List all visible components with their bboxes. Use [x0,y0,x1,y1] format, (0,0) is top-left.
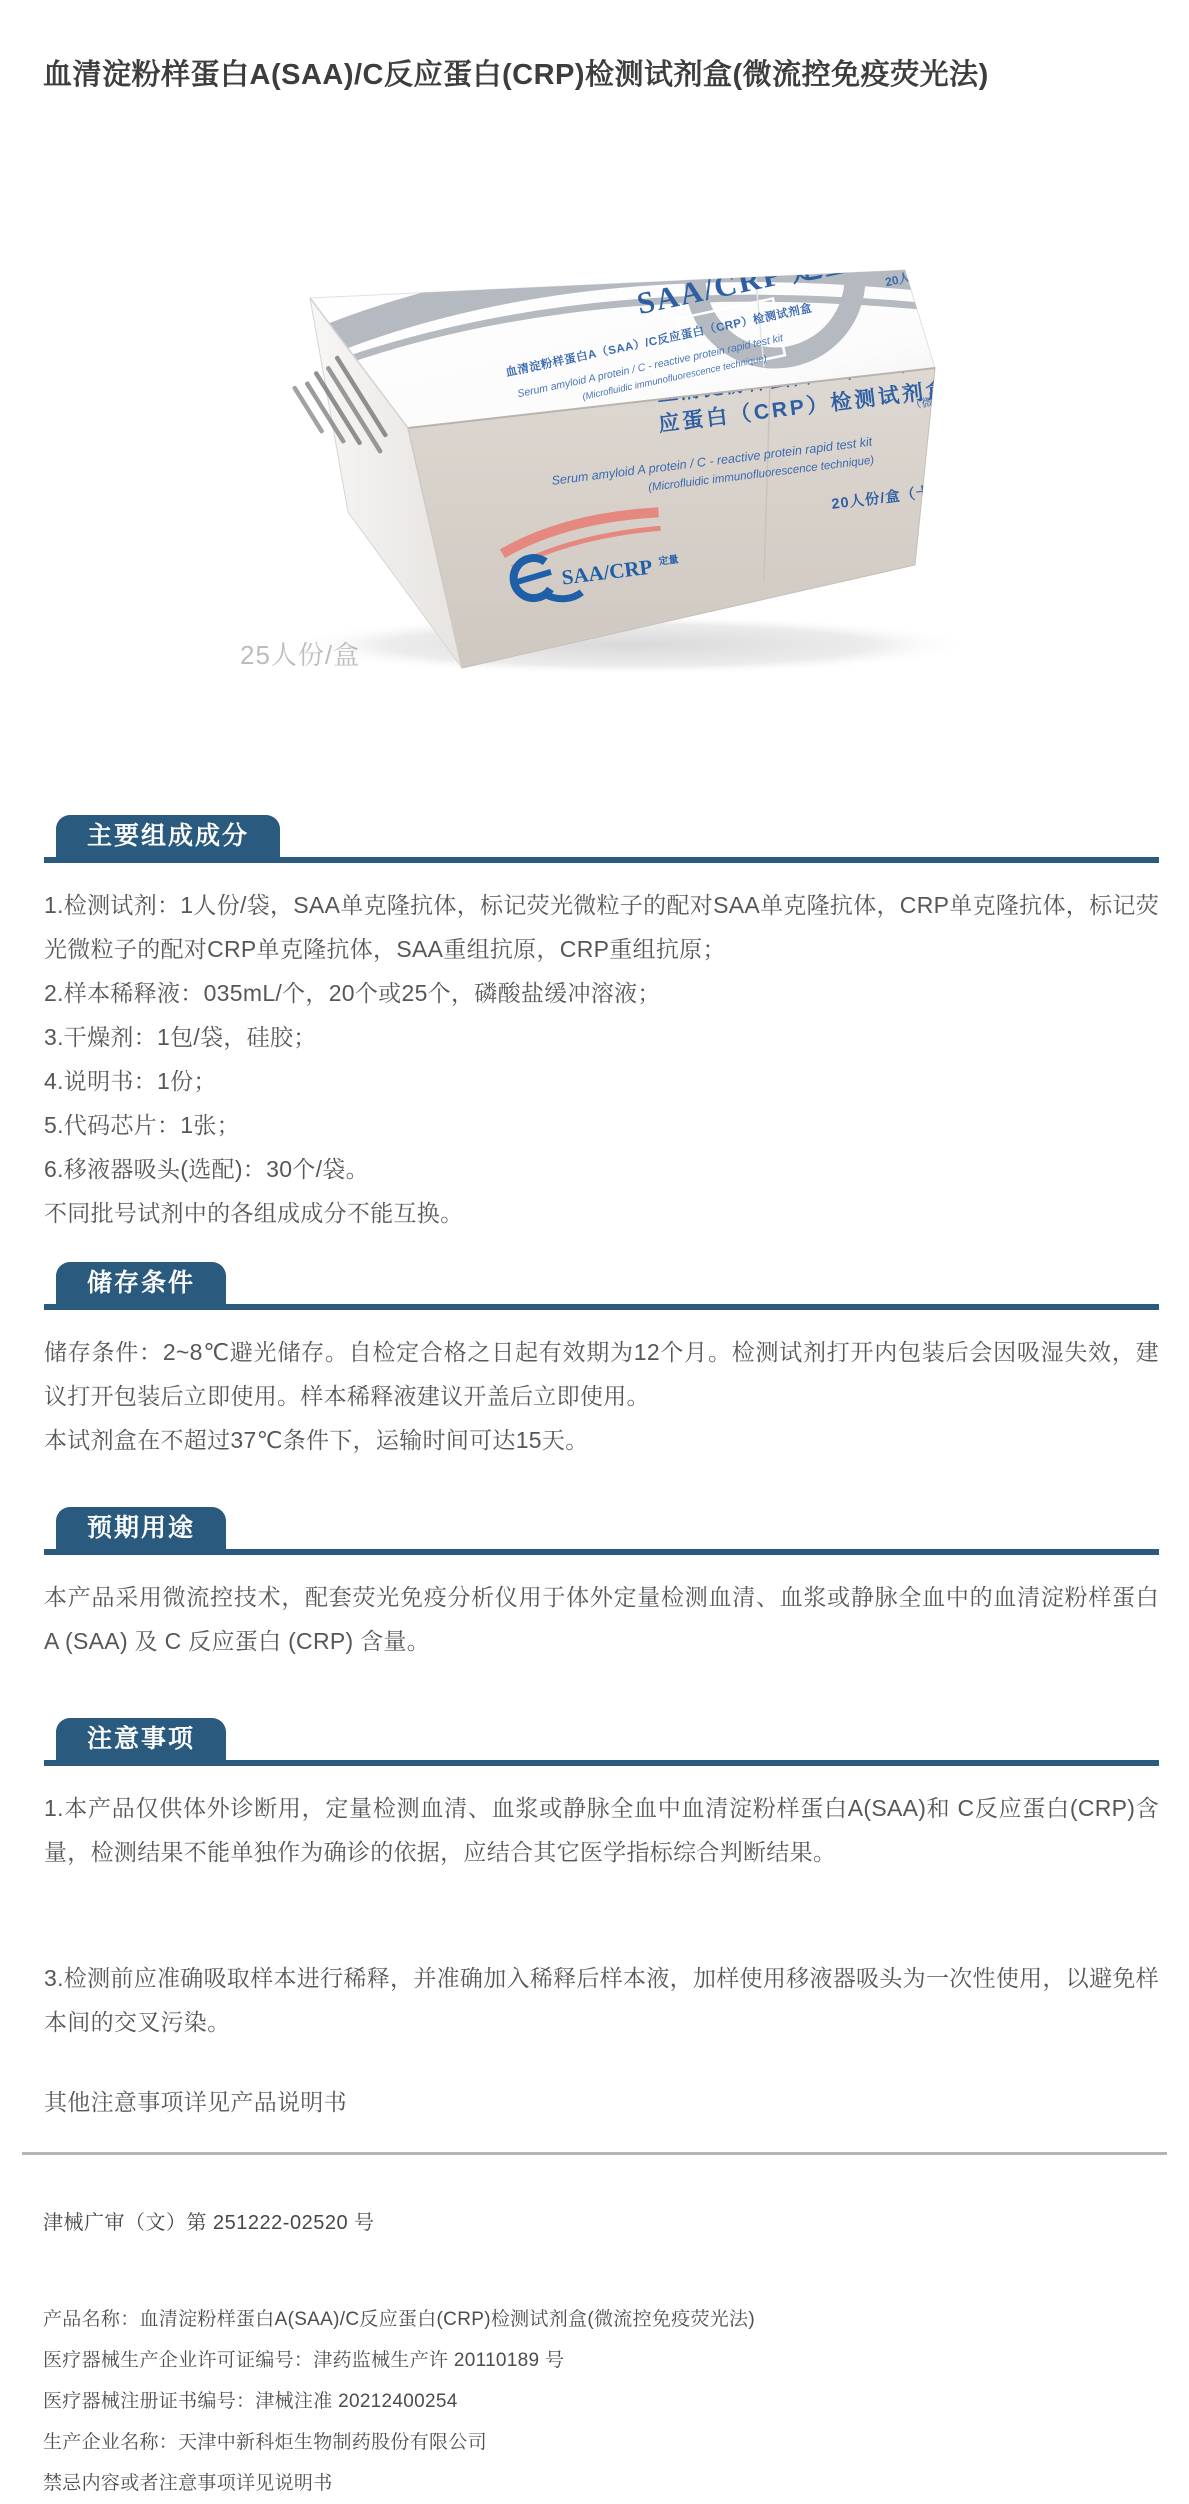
paragraph: 5.代码芯片：1张； [44,1103,1159,1147]
paragraph: 1.本产品仅供体外诊断用，定量检测血清、血浆或静脉全血中血清淀粉样蛋白A(SAA… [44,1786,1159,1874]
contraindication-line: 禁忌内容或者注意事项详见说明书 [43,2463,1153,2504]
paragraph: 本试剂盒在不超过37℃条件下，运输时间可达15天。 [44,1418,1159,1462]
pack-size-caption: 25人份/盒 [240,635,360,672]
footer-divider [22,2152,1167,2155]
paragraph: 其他注意事项详见产品说明书 [44,2080,1159,2124]
section-header: 预期用途 [44,1507,1159,1555]
production-license-line: 医疗器械生产企业许可证编号：津药监械生产许 20110189 号 [43,2340,1153,2381]
section-badge-storage: 储存条件 [56,1262,226,1304]
paragraph: 2.样本稀释液：035mL/个，20个或25个，磷酸盐缓冲溶液； [44,971,1159,1015]
product-box-image: SAA/CRP 定量 血清淀粉样蛋白A（SAA）/C反应蛋白（CRP）检测试剂盒… [250,130,970,690]
section-components: 主要组成成分 1.检测试剂：1人份/袋，SAA单克隆抗体，标记荧光微粒子的配对S… [44,815,1159,1235]
paragraph: 6.移液器吸头(选配)：30个/袋。 [44,1147,1159,1191]
regulatory-info: 产品名称：血清淀粉样蛋白A(SAA)/C反应蛋白(CRP)检测试剂盒(微流控免疫… [43,2299,1153,2504]
section-header: 储存条件 [44,1262,1159,1310]
section-badge-intended-use: 预期用途 [56,1507,226,1549]
section-storage: 储存条件 储存条件：2~8℃避光储存。自检定合格之日起有效期为12个月。检测试剂… [44,1262,1159,1462]
paragraph: 不同批号试剂中的各组成成分不能互换。 [44,1191,1159,1235]
paragraph: 3.干燥剂：1包/袋，硅胶； [44,1015,1159,1059]
section-body: 储存条件：2~8℃避光储存。自检定合格之日起有效期为12个月。检测试剂打开内包装… [44,1330,1159,1462]
paragraph: 3.检测前应准确吸取样本进行稀释，并准确加入稀释后样本液，加样使用移液器吸头为一… [44,1956,1159,2044]
product-photo: SAA/CRP 定量 血清淀粉样蛋白A（SAA）/C反应蛋白（CRP）检测试剂盒… [250,130,970,700]
footer: 津械广审（文）第 251222-02520 号 产品名称：血清淀粉样蛋白A(SA… [43,2206,1153,2504]
product-detail-page: 血清淀粉样蛋白A(SAA)/C反应蛋白(CRP)检测试剂盒(微流控免疫荧光法) [0,0,1189,2504]
page-title: 血清淀粉样蛋白A(SAA)/C反应蛋白(CRP)检测试剂盒(微流控免疫荧光法) [43,52,989,93]
section-body: 本产品采用微流控技术，配套荧光免疫分析仪用于体外定量检测血清、血浆或静脉全血中的… [44,1575,1159,1663]
paragraph: 储存条件：2~8℃避光储存。自检定合格之日起有效期为12个月。检测试剂打开内包装… [44,1330,1159,1418]
section-header: 主要组成成分 [44,815,1159,863]
section-body: 1.检测试剂：1人份/袋，SAA单克隆抗体，标记荧光微粒子的配对SAA单克隆抗体… [44,883,1159,1235]
paragraph: 本产品采用微流控技术，配套荧光免疫分析仪用于体外定量检测血清、血浆或静脉全血中的… [44,1575,1159,1663]
product-name-line: 产品名称：血清淀粉样蛋白A(SAA)/C反应蛋白(CRP)检测试剂盒(微流控免疫… [43,2299,1153,2340]
section-precautions: 注意事项 1.本产品仅供体外诊断用，定量检测血清、血浆或静脉全血中血清淀粉样蛋白… [44,1718,1159,2124]
manufacturer-line: 生产企业名称：天津中新科炬生物制药股份有限公司 [43,2422,1153,2463]
ad-approval-number: 津械广审（文）第 251222-02520 号 [43,2206,1153,2235]
registration-number-line: 医疗器械注册证书编号：津械注准 20212400254 [43,2381,1153,2422]
paragraph: 1.检测试剂：1人份/袋，SAA单克隆抗体，标记荧光微粒子的配对SAA单克隆抗体… [44,883,1159,971]
section-body: 1.本产品仅供体外诊断用，定量检测血清、血浆或静脉全血中血清淀粉样蛋白A(SAA… [44,1786,1159,2124]
section-badge-precautions: 注意事项 [56,1718,226,1760]
box-top-cn-sub: （微流控免疫荧光法） [923,271,970,302]
section-intended-use: 预期用途 本产品采用微流控技术，配套荧光免疫分析仪用于体外定量检测血清、血浆或静… [44,1507,1159,1663]
section-header: 注意事项 [44,1718,1159,1766]
paragraph: 4.说明书：1份； [44,1059,1159,1103]
section-badge-components: 主要组成成分 [56,815,280,857]
